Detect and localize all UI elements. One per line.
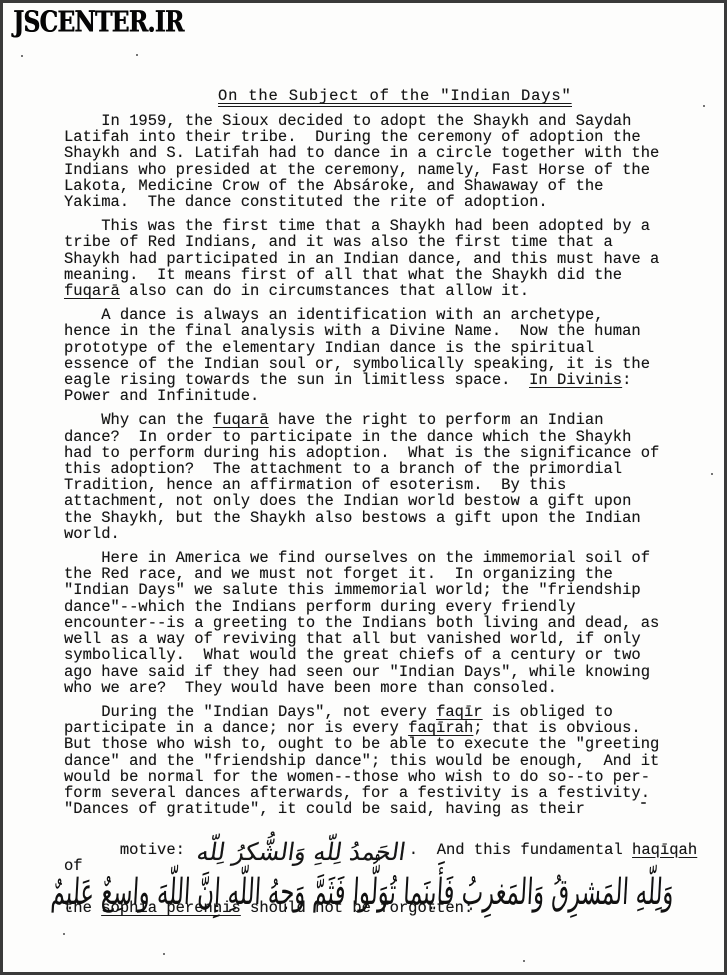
scan-speck xyxy=(63,933,65,935)
scan-speck xyxy=(21,55,23,57)
arabic-hamdala-calligraphy: الحَمدُ لِلّهِ وَالشُّكرُ لِلّه xyxy=(196,842,407,862)
paragraph-during-indian-days: During the "Indian Days", not every faqī… xyxy=(64,704,716,817)
scan-speck xyxy=(163,953,165,955)
scanned-document-page: JSCENTER.IR On the Subject of the "India… xyxy=(0,0,727,975)
arabic-quran-verse-calligraphy: وَلِلّهِ المَشرِقُ وَالمَغرِبُ فَأَينَما… xyxy=(19,871,706,913)
scan-speck xyxy=(641,802,646,804)
paragraph-here-in-america: Here in America we find ourselves on the… xyxy=(64,550,716,696)
paragraph-why-fuqara: Why can the fuqarā have the right to per… xyxy=(64,412,716,542)
document-body: In 1959, the Sioux decided to adopt the … xyxy=(64,113,716,924)
scan-speck xyxy=(703,105,705,107)
paragraph-first-time: This was the first time that a Shaykh ha… xyxy=(64,218,716,299)
paragraph-dance-archetype: A dance is always an identification with… xyxy=(64,307,716,404)
motive-prefix: motive: xyxy=(120,841,194,859)
paragraph-adoption-1959: In 1959, the Sioux decided to adopt the … xyxy=(64,113,716,210)
site-watermark: JSCENTER.IR xyxy=(13,6,183,39)
scan-speck xyxy=(711,473,713,475)
document-title: On the Subject of the "Indian Days" xyxy=(218,87,572,107)
scan-speck xyxy=(523,960,525,962)
scan-speck xyxy=(136,54,138,56)
